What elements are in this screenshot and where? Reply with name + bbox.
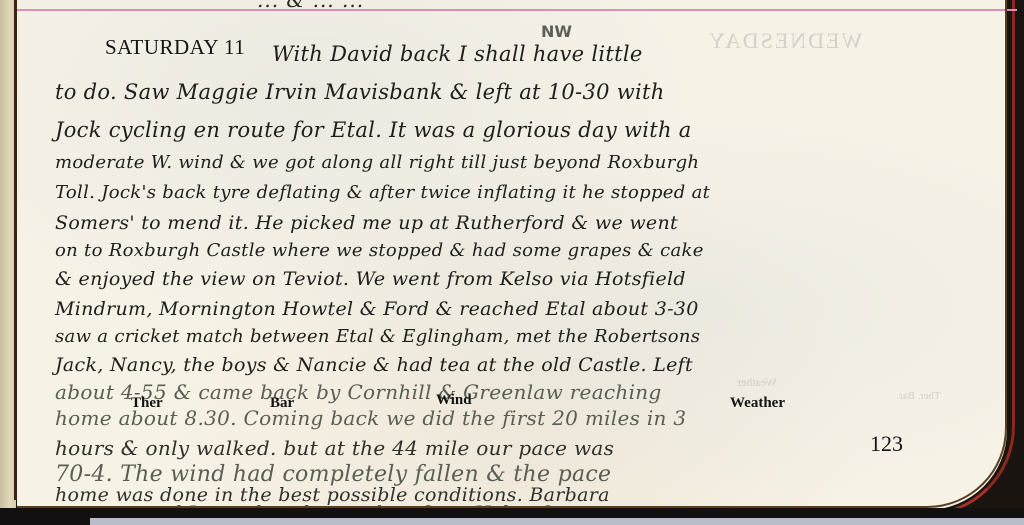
show-through-ther: Ther. Bar. [897, 390, 941, 402]
paper-sheet: ... & ... ... WEDNESDAY Weather Ther. Ba… [17, 0, 1007, 510]
handwritten-line: Somers' to mend it. He picked me up at R… [55, 212, 678, 234]
handwritten-line: Toll. Jock's back tyre deflating & after… [55, 182, 710, 203]
handwritten-line: to do. Saw Maggie Irvin Mavisbank & left… [55, 80, 665, 104]
top-red-rule [17, 9, 1017, 11]
page-number: 123 [870, 431, 903, 457]
label-ther: Ther [131, 395, 163, 412]
show-through-heading: WEDNESDAY [707, 28, 862, 54]
handwritten-line: & enjoyed the view on Teviot. We went fr… [55, 268, 686, 290]
previous-entry-fragment: ... & ... ... [257, 0, 364, 12]
diary-page-scan: ... & ... ... WEDNESDAY Weather Ther. Ba… [0, 0, 1024, 525]
label-weather: Weather [730, 395, 785, 412]
nw-annotation: NW [541, 22, 572, 41]
show-through-weather: Weather [737, 375, 777, 390]
label-wind: Wind [436, 392, 472, 409]
day-heading: SATURDAY 11 [105, 35, 245, 60]
handwritten-line: Mindrum, Mornington Howtel & Ford & reac… [55, 298, 699, 320]
handwritten-line: Jock cycling en route for Etal. It was a… [55, 118, 692, 142]
handwritten-line: hours & only walked. but at the 44 mile … [55, 436, 614, 460]
handwritten-line: Jack, Nancy, the boys & Nancie & had tea… [55, 354, 693, 376]
handwritten-line: on to Roxburgh Castle where we stopped &… [55, 240, 704, 261]
handwritten-line: With David back I shall have little [272, 42, 643, 66]
label-bar: Bar [270, 395, 294, 412]
handwritten-line: saw a cricket match between Etal & Eglin… [55, 326, 700, 347]
background-strip [90, 518, 1024, 525]
handwritten-line: moderate W. wind & we got along all righ… [55, 152, 699, 173]
